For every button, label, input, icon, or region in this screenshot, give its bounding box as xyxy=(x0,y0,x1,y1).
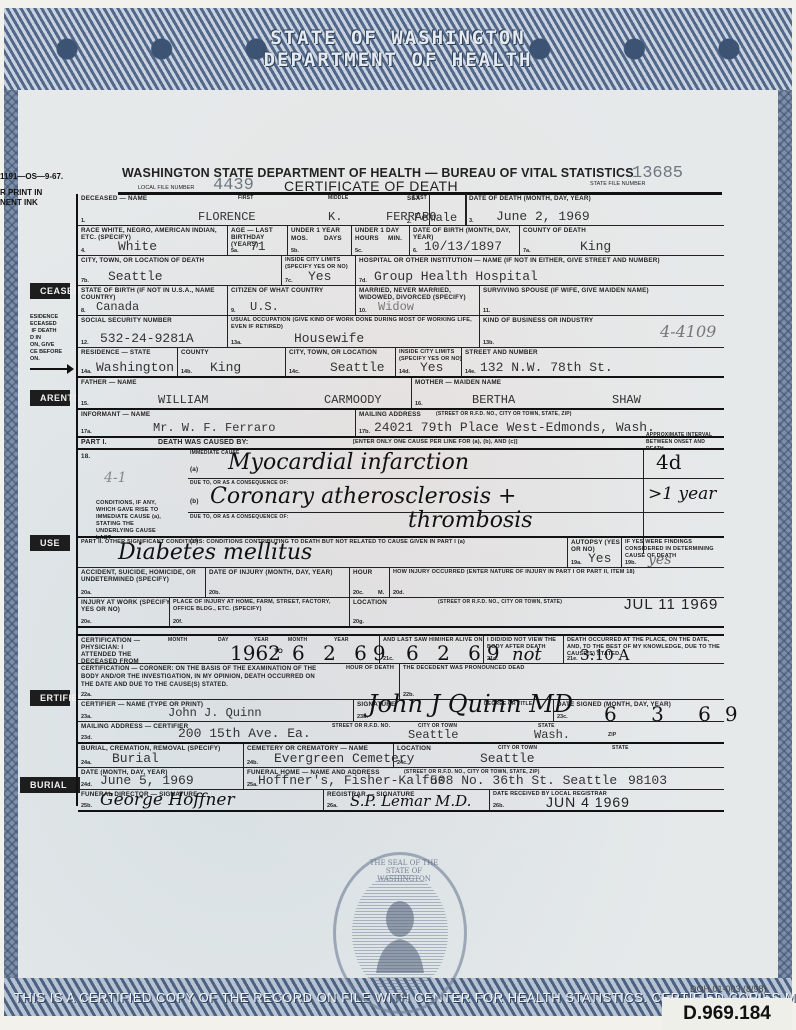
tab-deceased: CEASED xyxy=(30,283,70,299)
certifier-signature: John J Quinn MD xyxy=(368,690,573,718)
document-id: D.969.184 xyxy=(662,998,792,1030)
father-middle-name: CARMOODY xyxy=(324,393,382,407)
cause-b: Coronary atherosclerosis + xyxy=(210,484,516,509)
funeral-home-address: 508 No. 36th St. Seattle xyxy=(430,773,617,788)
field-hospital: HOSPITAL OR OTHER INSTITUTION — NAME (IF… xyxy=(356,256,724,286)
field-death-occurred-hour: DEATH OCCURRED AT THE PLACE, ON THE DATE… xyxy=(564,634,724,664)
race: White xyxy=(118,239,157,254)
field-viewed-body: I DID/DID NOT VIEW THE BODY AFTER DEATH … xyxy=(484,634,564,664)
mother-last-name: SHAW xyxy=(612,393,641,407)
form-code: 1191—OS—9-67. xyxy=(0,172,63,182)
washington-portrait-icon xyxy=(352,873,448,993)
industry-code: 4-4109 xyxy=(660,322,716,341)
field-sex: SEX 2. Female xyxy=(404,194,466,226)
viewed-body: not xyxy=(512,644,542,665)
disposition: Burial xyxy=(112,751,159,766)
seal-text: THE SEAL OF THE STATE OF WASHINGTON xyxy=(364,859,444,883)
field-injury-date: DATE OF INJURY (MONTH, DAY, YEAR) 20b. xyxy=(206,568,350,598)
attended-to: 6 2 69 xyxy=(292,641,392,665)
arrow-icon xyxy=(30,368,70,370)
state-of-birth: Canada xyxy=(96,300,139,314)
portrait-icon xyxy=(370,893,430,973)
residence-street: 132 N.W. 78th St. xyxy=(480,360,613,375)
ink-note-1: R PRINT IN xyxy=(0,188,63,198)
field-burial-date: DATE (MONTH, DAY, YEAR) 24d. June 5, 196… xyxy=(78,768,244,790)
tab-parents: ARENTS xyxy=(30,390,70,406)
cemetery-city: Seattle xyxy=(480,751,535,766)
field-date-received: DATE RECEIVED BY LOCAL REGISTRAR 26b. JU… xyxy=(490,790,724,812)
field-certifier-address: MAILING ADDRESS — CERTIFIER 23d. 200 15t… xyxy=(78,722,724,744)
first-name: FLORENCE xyxy=(198,210,256,224)
mother-first-name: BERTHA xyxy=(472,393,515,407)
ink-note-2: NENT INK xyxy=(0,198,63,208)
death-certificate-form: DECEASED — NAME FIRST MIDDLE LAST 1. FLO… xyxy=(76,194,722,806)
registrar-signature: S.P. Lemar M.D. xyxy=(350,792,471,810)
state-file-number: 13685 xyxy=(632,164,683,183)
funeral-home-zip: 98103 xyxy=(628,773,667,788)
field-autopsy-findings: IF YES WERE FINDINGS CONSIDERED IN DETER… xyxy=(622,536,724,568)
cause-margin-code: 4-1 xyxy=(104,470,127,486)
residence-city: Seattle xyxy=(330,360,385,375)
field-industry: KIND OF BUSINESS OR INDUSTRY 13b. 4-4109 xyxy=(480,316,724,348)
field-physician-attended: CERTIFICATION — PHYSICIAN: I ATTENDED TH… xyxy=(78,634,380,664)
field-under-1-year: UNDER 1 YEAR MOS. DAYS 5b. xyxy=(288,226,352,256)
doh-form-code: DOH 01-003 (8/98) xyxy=(690,984,767,994)
sex-value: Female xyxy=(414,211,457,225)
field-race: RACE WHITE, NEGRO, AMERICAN INDIAN, ETC.… xyxy=(78,226,228,256)
cause-b-continued: thrombosis xyxy=(408,508,533,533)
interval-a: 4d xyxy=(656,450,682,474)
state-seal: THE SEAL OF THE STATE OF WASHINGTON 1889 xyxy=(333,852,467,1014)
funeral-director-signature: George Hoffner xyxy=(100,790,235,810)
tab-certifier: ERTIFIER xyxy=(30,690,70,706)
autopsy: Yes xyxy=(588,551,611,566)
field-funeral-home: FUNERAL HOME — NAME AND ADDRESS (STREET … xyxy=(244,768,724,790)
local-file-label: LOCAL FILE NUMBER xyxy=(138,185,194,191)
tab-cause: USE xyxy=(30,535,70,551)
field-residence-inside-limits: INSIDE CITY LIMITS (SPECIFY YES OR NO) 1… xyxy=(396,348,462,378)
field-funeral-director: FUNERAL DIRECTOR — SIGNATURE 25b. George… xyxy=(78,790,324,812)
banner-department: DEPARTMENT OF HEALTH xyxy=(264,49,533,71)
informant-name: Mr. W. F. Ferraro xyxy=(153,421,275,435)
part-1-header: PART I. DEATH WAS CAUSED BY: [ENTER ONLY… xyxy=(78,438,724,450)
form-notes: 1191—OS—9-67. R PRINT IN NENT INK xyxy=(0,172,63,208)
certifier-street: 200 15th Ave. Ea. xyxy=(178,726,311,741)
cause-a: Myocardial infarction xyxy=(228,450,469,475)
autopsy-findings: yes xyxy=(648,552,671,568)
field-under-1-day: UNDER 1 DAY HOURS MIN. 5c. xyxy=(352,226,410,256)
field-coroner-certification: CERTIFICATION — CORONER: ON THE BASIS OF… xyxy=(78,664,400,700)
field-place-of-injury: PLACE OF INJURY AT HOME, FARM, STREET, F… xyxy=(170,598,350,628)
field-injury-hour: HOUR 20c. M. xyxy=(350,568,390,598)
inside-city-limits: Yes xyxy=(308,269,331,284)
field-autopsy: AUTOPSY (YES OR NO) 19a. Yes xyxy=(568,536,622,568)
funeral-home: Hoffner's, Fisher-Kalfus xyxy=(258,773,445,788)
field-inside-city-limits: INSIDE CITY LIMITS (SPECIFY YES OR NO) 7… xyxy=(282,256,356,286)
field-residence-street: STREET AND NUMBER 14e. 132 N.W. 78th St. xyxy=(462,348,724,378)
field-father-name: FATHER — NAME 15. WILLIAM CARMOODY xyxy=(78,378,412,410)
interval-b: >1 year xyxy=(648,484,716,504)
field-surviving-spouse: SURVIVING SPOUSE (IF WIFE, GIVE MAIDEN N… xyxy=(480,286,724,316)
certifier-name: John J. Quinn xyxy=(168,706,262,720)
residence-county: King xyxy=(210,360,241,375)
field-injury-at-work: INJURY AT WORK (SPECIFY YES OR NO) 20e. xyxy=(78,598,170,628)
field-occupation: USUAL OCCUPATION (GIVE KIND OF WORK DONE… xyxy=(228,316,480,348)
citizenship: U.S. xyxy=(250,300,279,314)
field-certifier-signature: SIGNATURE 23b. DEGREE OR TITLE John J Qu… xyxy=(354,700,554,722)
death-hour: 3:10 A xyxy=(580,646,629,664)
seal-year: 1889 xyxy=(388,995,411,1005)
other-conditions: Diabetes mellitus xyxy=(118,540,312,565)
field-date-of-death: DATE OF DEATH (MONTH, DAY, YEAR) 3. June… xyxy=(466,194,724,226)
field-residence-county: COUNTY 14b. King xyxy=(178,348,286,378)
tab-burial: BURIAL xyxy=(20,777,80,793)
field-marital-status: MARRIED, NEVER MARRIED, WIDOWED, DIVORCE… xyxy=(356,286,480,316)
field-age: AGE — LAST BIRTHDAY (YEARS) 5a. 71 xyxy=(228,226,288,256)
field-date-of-birth: DATE OF BIRTH (MONTH, DAY, YEAR) 6. 10/1… xyxy=(410,226,520,256)
field-county-of-death: COUNTY OF DEATH 7a. King xyxy=(520,226,724,256)
header-banner: STATE OF WASHINGTON DEPARTMENT OF HEALTH xyxy=(4,8,792,90)
field-residence-state: RESIDENCE — STATE 14a. Washington xyxy=(78,348,178,378)
residence-margin-note: ESIDENCE ECEASED IF DEATH D IN ON, GIVE … xyxy=(30,314,62,363)
field-registrar-signature: REGISTRAR — SIGNATURE 26a. S.P. Lemar M.… xyxy=(324,790,490,812)
received-date-stamp: JUL 11 1969 xyxy=(624,596,718,613)
field-last-saw-alive: AND LAST SAW HIM/HER ALIVE ON 21c. 6 2 6… xyxy=(380,634,484,664)
field-certifier-name: CERTIFIER — NAME (TYPE OR PRINT) 23a. Jo… xyxy=(78,700,354,722)
field-accident: ACCIDENT, SUICIDE, HOMICIDE, OR UNDETERM… xyxy=(78,568,206,598)
field-residence-city: CITY, TOWN, OR LOCATION 14c. Seattle xyxy=(286,348,396,378)
field-cemetery: CEMETERY OR CREMATORY — NAME 24b. Evergr… xyxy=(244,744,394,768)
field-date-signed: DATE SIGNED (MONTH, DAY, YEAR) 23c. 6 3 … xyxy=(554,700,724,722)
marital-status: Widow xyxy=(378,300,414,314)
certifier-state: Wash. xyxy=(534,728,570,742)
date-received: JUN 4 1969 xyxy=(546,794,630,810)
middle-name: K. xyxy=(328,210,342,224)
county-of-death: King xyxy=(580,239,611,254)
city-of-death: Seattle xyxy=(108,269,163,284)
informant-address: 24021 79th Place West-Edmonds, Wash. xyxy=(374,420,655,435)
field-state-of-birth: STATE OF BIRTH (IF NOT IN U.S.A., NAME C… xyxy=(78,286,228,316)
banner-state: STATE OF WASHINGTON xyxy=(270,27,525,49)
certifier-city: Seattle xyxy=(408,728,458,742)
date-of-birth: 10/13/1897 xyxy=(424,239,502,254)
field-informant: INFORMANT — NAME 17a. Mr. W. F. Ferraro xyxy=(78,410,356,438)
residence-inside-limits: Yes xyxy=(420,360,443,375)
field-citizenship: CITIZEN OF WHAT COUNTRY 9. U.S. xyxy=(228,286,356,316)
field-city-of-death: CITY, TOWN, OR LOCATION OF DEATH 7b. Sea… xyxy=(78,256,282,286)
field-disposition: BURIAL, CREMATION, REMOVAL (SPECIFY) 24a… xyxy=(78,744,244,768)
residence-state: Washington xyxy=(96,360,174,375)
field-mother-maiden-name: MOTHER — MAIDEN NAME 16. BERTHA SHAW xyxy=(412,378,724,410)
field-ssn: SOCIAL SECURITY NUMBER 12. 532-24-9281A xyxy=(78,316,228,348)
field-how-injury-occurred: HOW INJURY OCCURRED (ENTER NATURE OF INJ… xyxy=(390,568,724,598)
age: 71 xyxy=(250,239,266,254)
date-of-death: June 2, 1969 xyxy=(496,209,590,224)
burial-date: June 5, 1969 xyxy=(100,773,194,788)
father-first-name: WILLIAM xyxy=(158,393,208,407)
occupation: Housewife xyxy=(294,331,364,346)
hospital: Group Health Hospital xyxy=(374,269,538,284)
field-part-2: PART II. OTHER SIGNIFICANT CONDITIONS: C… xyxy=(78,536,568,568)
field-cemetery-location: LOCATION CITY OR TOWN STATE 24c. Seattle xyxy=(394,744,724,768)
social-security-number: 532-24-9281A xyxy=(100,331,194,346)
